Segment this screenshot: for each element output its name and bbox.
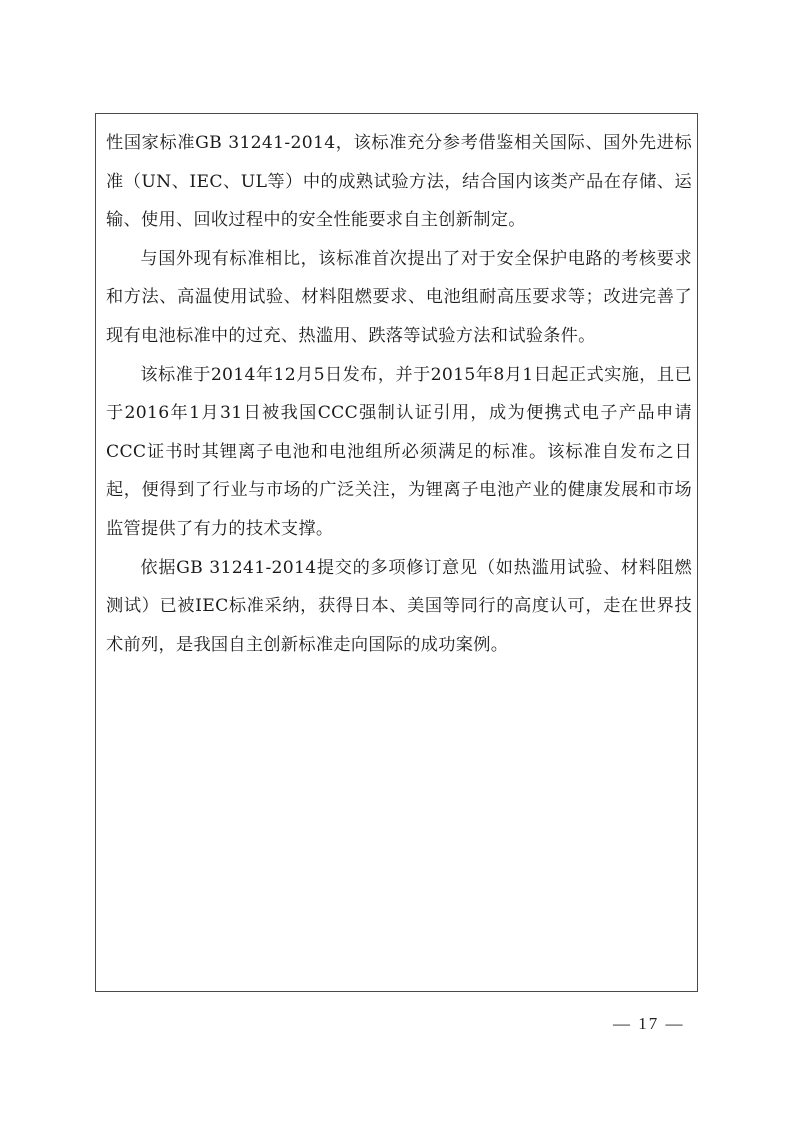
paragraph-release-history: 该标准于2014年12月5日发布，并于2015年8月1日起正式实施，且已于201… — [106, 356, 692, 549]
paragraph-comparison: 与国外现有标准相比，该标准首次提出了对于安全保护电路的考核要求和方法、高温使用试… — [106, 240, 692, 356]
page-number: — 17 — — [613, 1014, 685, 1034]
document-body: 性国家标准GB 31241-2014，该标准充分参考借鉴相关国际、国外先进标准（… — [106, 124, 692, 664]
paragraph-standard-origin: 性国家标准GB 31241-2014，该标准充分参考借鉴相关国际、国外先进标准（… — [106, 124, 692, 240]
paragraph-international-adoption: 依据GB 31241-2014提交的多项修订意见（如热滥用试验、材料阻燃测试）已… — [106, 549, 692, 665]
